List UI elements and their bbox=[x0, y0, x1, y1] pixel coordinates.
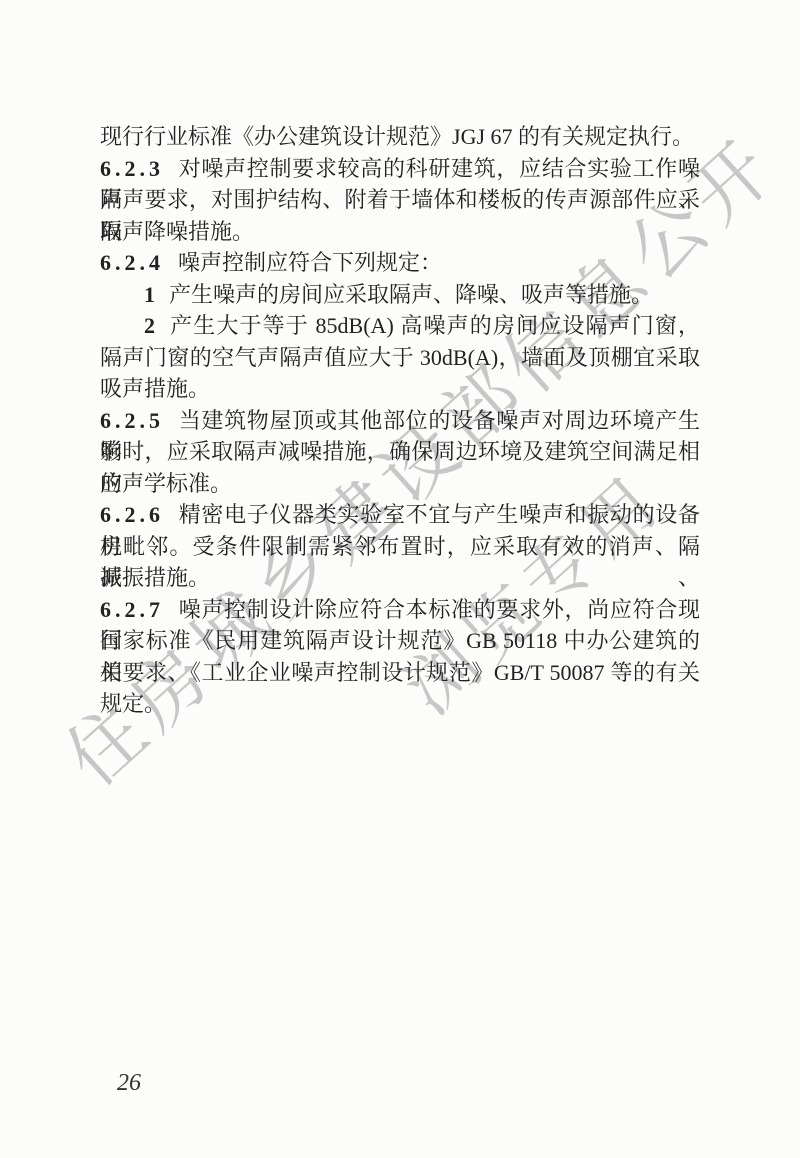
clause-number: 6.2.6 bbox=[100, 502, 164, 527]
clause-number: 6.2.7 bbox=[100, 597, 164, 622]
text-line: 的声学标准。 bbox=[100, 468, 700, 500]
line-text: 产生噪声的房间应采取隔声、降噪、吸声等措施。 bbox=[169, 282, 653, 307]
clause-number: 6.2.4 bbox=[100, 250, 164, 275]
line-text: 现行行业标准《办公建筑设计规范》JGJ 67 的有关规定执行。 bbox=[100, 124, 694, 149]
document-body: 现行行业标准《办公建筑设计规范》JGJ 67 的有关规定执行。6.2.3对噪声控… bbox=[100, 121, 700, 720]
line-text: 隔声门窗的空气声隔声值应大于 30dB(A)，墙面及顶棚宜采取 bbox=[100, 345, 700, 370]
line-text: 隔声降噪措施。 bbox=[100, 219, 254, 244]
text-line-clause-6.2.5: 6.2.5当建筑物屋顶或其他部位的设备噪声对周边环境产生影 bbox=[100, 405, 700, 437]
text-line: 房毗邻。受条件限制需紧邻布置时，应采取有效的消声、隔振、 bbox=[100, 531, 700, 563]
page-number: 26 bbox=[117, 1070, 141, 1097]
text-line-clause-6.2.7: 6.2.7噪声控制设计除应符合本标准的要求外，尚应符合现行 bbox=[100, 594, 700, 626]
text-line-clause-6.2.6: 6.2.6精密电子仪器类实验室不宜与产生噪声和振动的设备机 bbox=[100, 499, 700, 531]
text-line: 吸声措施。 bbox=[100, 373, 700, 405]
line-text: 规定。 bbox=[100, 691, 166, 716]
line-text: 的声学标准。 bbox=[100, 471, 232, 496]
line-text: 噪声控制应符合下列规定： bbox=[178, 250, 442, 275]
text-line-clause-6.2.4: 6.2.4噪声控制应符合下列规定： bbox=[100, 247, 700, 279]
text-line-clause-1: 1产生噪声的房间应采取隔声、降噪、吸声等措施。 bbox=[100, 279, 700, 311]
clause-number: 6.2.3 bbox=[100, 156, 164, 181]
text-line: 隔声要求，对围护结构、附着于墙体和楼板的传声源部件应采取 bbox=[100, 184, 700, 216]
text-line: 规定。 bbox=[100, 688, 700, 720]
text-line: 现行行业标准《办公建筑设计规范》JGJ 67 的有关规定执行。 bbox=[100, 121, 700, 153]
clause-number: 2 bbox=[144, 313, 155, 338]
clause-number: 6.2.5 bbox=[100, 408, 164, 433]
text-line-clause-2: 2产生大于等于 85dB(A) 高噪声的房间应设隔声门窗， bbox=[100, 310, 700, 342]
text-line: 国家标准《民用建筑隔声设计规范》GB 50118 中办公建筑的相 bbox=[100, 625, 700, 657]
line-text: 关要求、《工业企业噪声控制设计规范》GB/T 50087 等的有关 bbox=[100, 660, 700, 685]
text-line: 隔声门窗的空气声隔声值应大于 30dB(A)，墙面及顶棚宜采取 bbox=[100, 342, 700, 374]
line-text: 吸声措施。 bbox=[100, 376, 210, 401]
line-text: 减振措施。 bbox=[100, 565, 210, 590]
text-line-clause-6.2.3: 6.2.3对噪声控制要求较高的科研建筑，应结合实验工作噪声、 bbox=[100, 153, 700, 185]
text-line: 关要求、《工业企业噪声控制设计规范》GB/T 50087 等的有关 bbox=[100, 657, 700, 689]
text-line: 响时，应采取隔声减噪措施，确保周边环境及建筑空间满足相应 bbox=[100, 436, 700, 468]
text-line: 隔声降噪措施。 bbox=[100, 216, 700, 248]
line-text: 产生大于等于 85dB(A) 高噪声的房间应设隔声门窗， bbox=[169, 313, 700, 338]
document-page: 住房城乡建设部信息公开 浏览专用 现行行业标准《办公建筑设计规范》JGJ 67 … bbox=[0, 0, 800, 1158]
clause-number: 1 bbox=[144, 282, 155, 307]
